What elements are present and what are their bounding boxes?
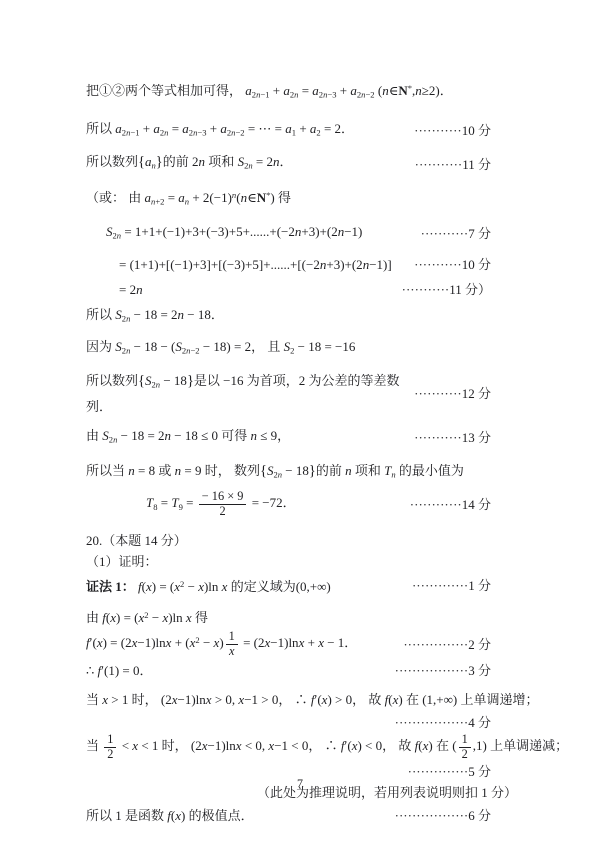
score-mark: ···········11 分 [409, 154, 491, 175]
line-text: 由 S2n − 18 = 2n − 18 ≤ 0 可得 n ≤ 9， [86, 425, 290, 451]
line-text: 当 x > 1 时， (2x−1)lnx > 0, x−1 > 0， ∴ f′(… [86, 689, 538, 710]
line-text: 证法 1： f(x) = (x2 − x)ln x 的定义域为(0,+∞) [86, 574, 331, 597]
line-equals-2n: = 2n···········11 分） [86, 279, 491, 300]
line-text: 所以 a2n−1 + a2n = a2n−3 + a2n−2 = ⋯ = a1 … [86, 118, 354, 144]
page-number: 7 [0, 776, 600, 791]
line-text: （1）证明： [86, 551, 158, 572]
line-min-condition: 所以当 n = 8 或 n = 9 时， 数列{S2n − 18}的前 n 项和… [86, 460, 491, 486]
line-x-gt-1: 当 x > 1 时， (2x−1)lnx > 0, x−1 > 0， ∴ f′(… [86, 689, 491, 710]
line-text: 所以 1 是函数 f(x) 的极值点． [86, 805, 254, 826]
line-text: 所以数列{S2n − 18}是以 −16 为首项，2 为公差的等差数列． [86, 370, 408, 417]
line-s2n-minus-18: 所以 S2n − 18 = 2n − 18． [86, 304, 491, 330]
line-text: T8 = T9 = − 16 × 92 = −72． [146, 490, 296, 518]
line-s2n-equals-2n: 所以数列{an}的前 2n 项和 S2n = 2n．···········11 … [86, 151, 491, 177]
line-n-leq-9: 由 S2n − 18 = 2n − 18 ≤ 0 可得 n ≤ 9，······… [86, 425, 491, 451]
line-method1-domain: 证法 1： f(x) = (x2 − x)ln x 的定义域为(0,+∞)···… [86, 574, 491, 597]
score-mark: ···········10 分 [408, 120, 491, 141]
score-mark: ···········12 分 [408, 383, 491, 404]
line-text: 当 12 < x < 1 时， (2x−1)lnx < 0, x−1 < 0， … [86, 733, 568, 761]
line-text: f′(x) = (2x−1)lnx + (x2 − x)1x = (2x−1)l… [86, 630, 357, 658]
line-text: 所以当 n = 8 或 n = 9 时， 数列{S2n − 18}的前 n 项和… [86, 460, 464, 486]
line-text: 由 f(x) = (x2 − x)ln x 得 [86, 605, 208, 628]
line-s2n-grouped: = (1+1)+[(−1)+3]+[(−3)+5]+......+[(−2n+3… [86, 254, 491, 275]
score-mark: ·················6 分 [389, 805, 491, 826]
line-alt-method: （或： 由 an+2 = an + 2(−1)n(n∈N*) 得 [86, 185, 491, 213]
score-mark: ···············2 分 [397, 634, 491, 655]
line-f-prime-1: ∴ f′(1) = 0．·················3 分 [86, 660, 491, 681]
score-mark: ·················3 分 [389, 660, 491, 681]
line-derivative: f′(x) = (2x−1)lnx + (x2 − x)1x = (2x−1)l… [86, 630, 491, 658]
line-half-lt-x: 当 12 < x < 1 时， (2x−1)lnx < 0, x−1 < 0， … [86, 733, 491, 761]
line-text: 把①②两个等式相加可得， a2n−1 + a2n = a2n−3 + a2n−2… [86, 78, 453, 106]
line-text: ∴ f′(1) = 0． [86, 660, 153, 681]
score-mark: ············14 分 [404, 494, 491, 515]
line-text: 所以数列{an}的前 2n 项和 S2n = 2n． [86, 151, 293, 177]
score-mark: ·················4 分 [389, 712, 491, 733]
line-therefore-sum: 所以 a2n−1 + a2n = a2n−3 + a2n−2 = ⋯ = a1 … [86, 118, 491, 144]
line-difference: 因为 S2n − 18 − (S2n−2 − 18) = 2， 且 S2 − 1… [86, 336, 491, 362]
document-body: 把①②两个等式相加可得， a2n−1 + a2n = a2n−3 + a2n−2… [86, 78, 491, 826]
line-text: 因为 S2n − 18 − (S2n−2 − 18) = 2， 且 S2 − 1… [86, 336, 355, 362]
line-from-fx: 由 f(x) = (x2 − x)ln x 得 [86, 605, 491, 628]
line-text: 所以 S2n − 18 = 2n − 18． [86, 304, 224, 330]
score-mark: ···········13 分 [408, 427, 491, 448]
score-mark: ·············1 分 [406, 575, 491, 596]
line-part1-proof: （1）证明： [86, 551, 491, 572]
line-s2n-expansion: S2n = 1+1+(−1)+3+(−3)+5+......+(−2n+3)+(… [86, 221, 491, 247]
score-mark: ···········11 分） [396, 279, 491, 300]
line-t8-t9: T8 = T9 = − 16 × 92 = −72．············14… [86, 490, 491, 518]
line-text: = 2n [119, 279, 143, 300]
score-mark: ···········7 分 [415, 223, 491, 244]
line-text: （或： 由 an+2 = an + 2(−1)n(n∈N*) 得 [86, 185, 291, 213]
line-score-4: ·················4 分 [86, 712, 491, 733]
line-text: = (1+1)+[(−1)+3]+[(−3)+5]+......+[(−2n+3… [119, 254, 392, 275]
line-arithmetic-seq: 所以数列{S2n − 18}是以 −16 为首项，2 为公差的等差数列．····… [86, 370, 491, 417]
score-mark: ···········10 分 [408, 254, 491, 275]
line-text: S2n = 1+1+(−1)+3+(−3)+5+......+(−2n+3)+(… [106, 221, 362, 247]
document-page: 把①②两个等式相加可得， a2n−1 + a2n = a2n−3 + a2n−2… [0, 0, 600, 848]
line-add-equations: 把①②两个等式相加可得， a2n−1 + a2n = a2n−3 + a2n−2… [86, 78, 491, 106]
line-extremum: 所以 1 是函数 f(x) 的极值点．·················6 分 [86, 805, 491, 826]
line-q20-header: 20.（本题 14 分） [86, 530, 491, 551]
line-text: 20.（本题 14 分） [86, 530, 187, 551]
